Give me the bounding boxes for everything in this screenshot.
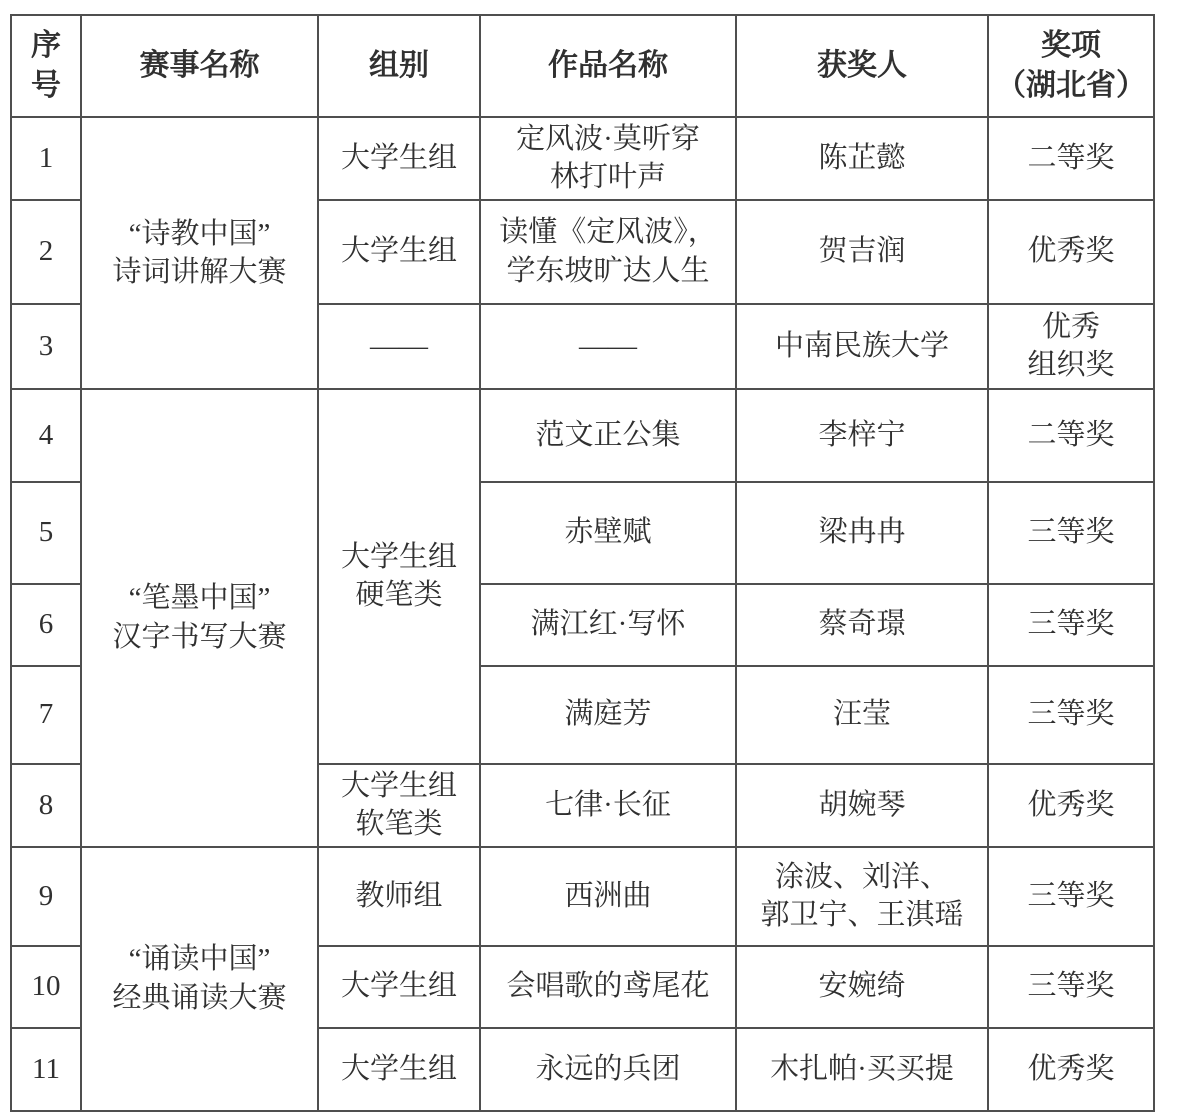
col-header-no: 序 号 xyxy=(11,15,81,117)
cell-award: 三等奖 xyxy=(988,482,1154,584)
cell-no: 6 xyxy=(11,584,81,666)
header-row: 序 号 赛事名称 组别 作品名称 获奖人 奖项 （湖北省） xyxy=(11,15,1154,117)
cell-winner: 李梓宁 xyxy=(736,389,988,482)
document-page: 序 号 赛事名称 组别 作品名称 获奖人 奖项 （湖北省） 1 “诗教中国” 诗… xyxy=(0,0,1180,1119)
col-header-event: 赛事名称 xyxy=(81,15,318,117)
cell-winner: 胡婉琴 xyxy=(736,764,988,847)
cell-award: 二等奖 xyxy=(988,117,1154,200)
cell-work: 满江红·写怀 xyxy=(480,584,736,666)
cell-group-hard-pen: 大学生组 硬笔类 xyxy=(318,389,480,764)
cell-award: 三等奖 xyxy=(988,584,1154,666)
awards-table: 序 号 赛事名称 组别 作品名称 获奖人 奖项 （湖北省） 1 “诗教中国” 诗… xyxy=(10,14,1155,1112)
cell-work: 七律·长征 xyxy=(480,764,736,847)
cell-award: 二等奖 xyxy=(988,389,1154,482)
cell-no: 3 xyxy=(11,304,81,389)
cell-no: 11 xyxy=(11,1028,81,1111)
cell-winner: 木扎帕·买买提 xyxy=(736,1028,988,1111)
cell-event-recitation: “诵读中国” 经典诵读大赛 xyxy=(81,847,318,1111)
cell-work: 永远的兵团 xyxy=(480,1028,736,1111)
cell-winner: 梁冉冉 xyxy=(736,482,988,584)
cell-winner: 贺吉润 xyxy=(736,200,988,304)
cell-award: 优秀奖 xyxy=(988,1028,1154,1111)
cell-no: 7 xyxy=(11,666,81,764)
cell-work: 范文正公集 xyxy=(480,389,736,482)
cell-winner: 蔡奇璟 xyxy=(736,584,988,666)
cell-event-poetry-lecture: “诗教中国” 诗词讲解大赛 xyxy=(81,117,318,389)
cell-work: 读懂《定风波》， 学东坡旷达人生 xyxy=(480,200,736,304)
cell-work: 赤壁赋 xyxy=(480,482,736,584)
cell-winner: 汪莹 xyxy=(736,666,988,764)
cell-group: 大学生组 xyxy=(318,1028,480,1111)
cell-work: 满庭芳 xyxy=(480,666,736,764)
cell-work: —— xyxy=(480,304,736,389)
cell-group: 大学生组 xyxy=(318,200,480,304)
cell-no: 2 xyxy=(11,200,81,304)
cell-award: 三等奖 xyxy=(988,666,1154,764)
cell-winner: 中南民族大学 xyxy=(736,304,988,389)
cell-award: 优秀奖 xyxy=(988,764,1154,847)
cell-winner: 涂波、刘洋、 郭卫宁、王淇瑶 xyxy=(736,847,988,946)
cell-work: 会唱歌的鸢尾花 xyxy=(480,946,736,1028)
cell-no: 8 xyxy=(11,764,81,847)
cell-event-calligraphy: “笔墨中国” 汉字书写大赛 xyxy=(81,389,318,847)
table-row: 9 “诵读中国” 经典诵读大赛 教师组 西洲曲 涂波、刘洋、 郭卫宁、王淇瑶 三… xyxy=(11,847,1154,946)
col-header-winner: 获奖人 xyxy=(736,15,988,117)
cell-no: 1 xyxy=(11,117,81,200)
table-row: 1 “诗教中国” 诗词讲解大赛 大学生组 定风波·莫听穿 林打叶声 陈芷懿 二等… xyxy=(11,117,1154,200)
cell-no: 10 xyxy=(11,946,81,1028)
cell-group: —— xyxy=(318,304,480,389)
cell-no: 4 xyxy=(11,389,81,482)
cell-group: 教师组 xyxy=(318,847,480,946)
cell-group: 大学生组 xyxy=(318,117,480,200)
cell-winner: 安婉绮 xyxy=(736,946,988,1028)
cell-award: 三等奖 xyxy=(988,847,1154,946)
cell-work: 西洲曲 xyxy=(480,847,736,946)
table-row: 4 “笔墨中国” 汉字书写大赛 大学生组 硬笔类 范文正公集 李梓宁 二等奖 xyxy=(11,389,1154,482)
col-header-award: 奖项 （湖北省） xyxy=(988,15,1154,117)
cell-group: 大学生组 xyxy=(318,946,480,1028)
col-header-work: 作品名称 xyxy=(480,15,736,117)
cell-winner: 陈芷懿 xyxy=(736,117,988,200)
cell-no: 5 xyxy=(11,482,81,584)
cell-work: 定风波·莫听穿 林打叶声 xyxy=(480,117,736,200)
cell-no: 9 xyxy=(11,847,81,946)
cell-award: 三等奖 xyxy=(988,946,1154,1028)
cell-group-soft-pen: 大学生组 软笔类 xyxy=(318,764,480,847)
col-header-group: 组别 xyxy=(318,15,480,117)
cell-award: 优秀 组织奖 xyxy=(988,304,1154,389)
cell-award: 优秀奖 xyxy=(988,200,1154,304)
